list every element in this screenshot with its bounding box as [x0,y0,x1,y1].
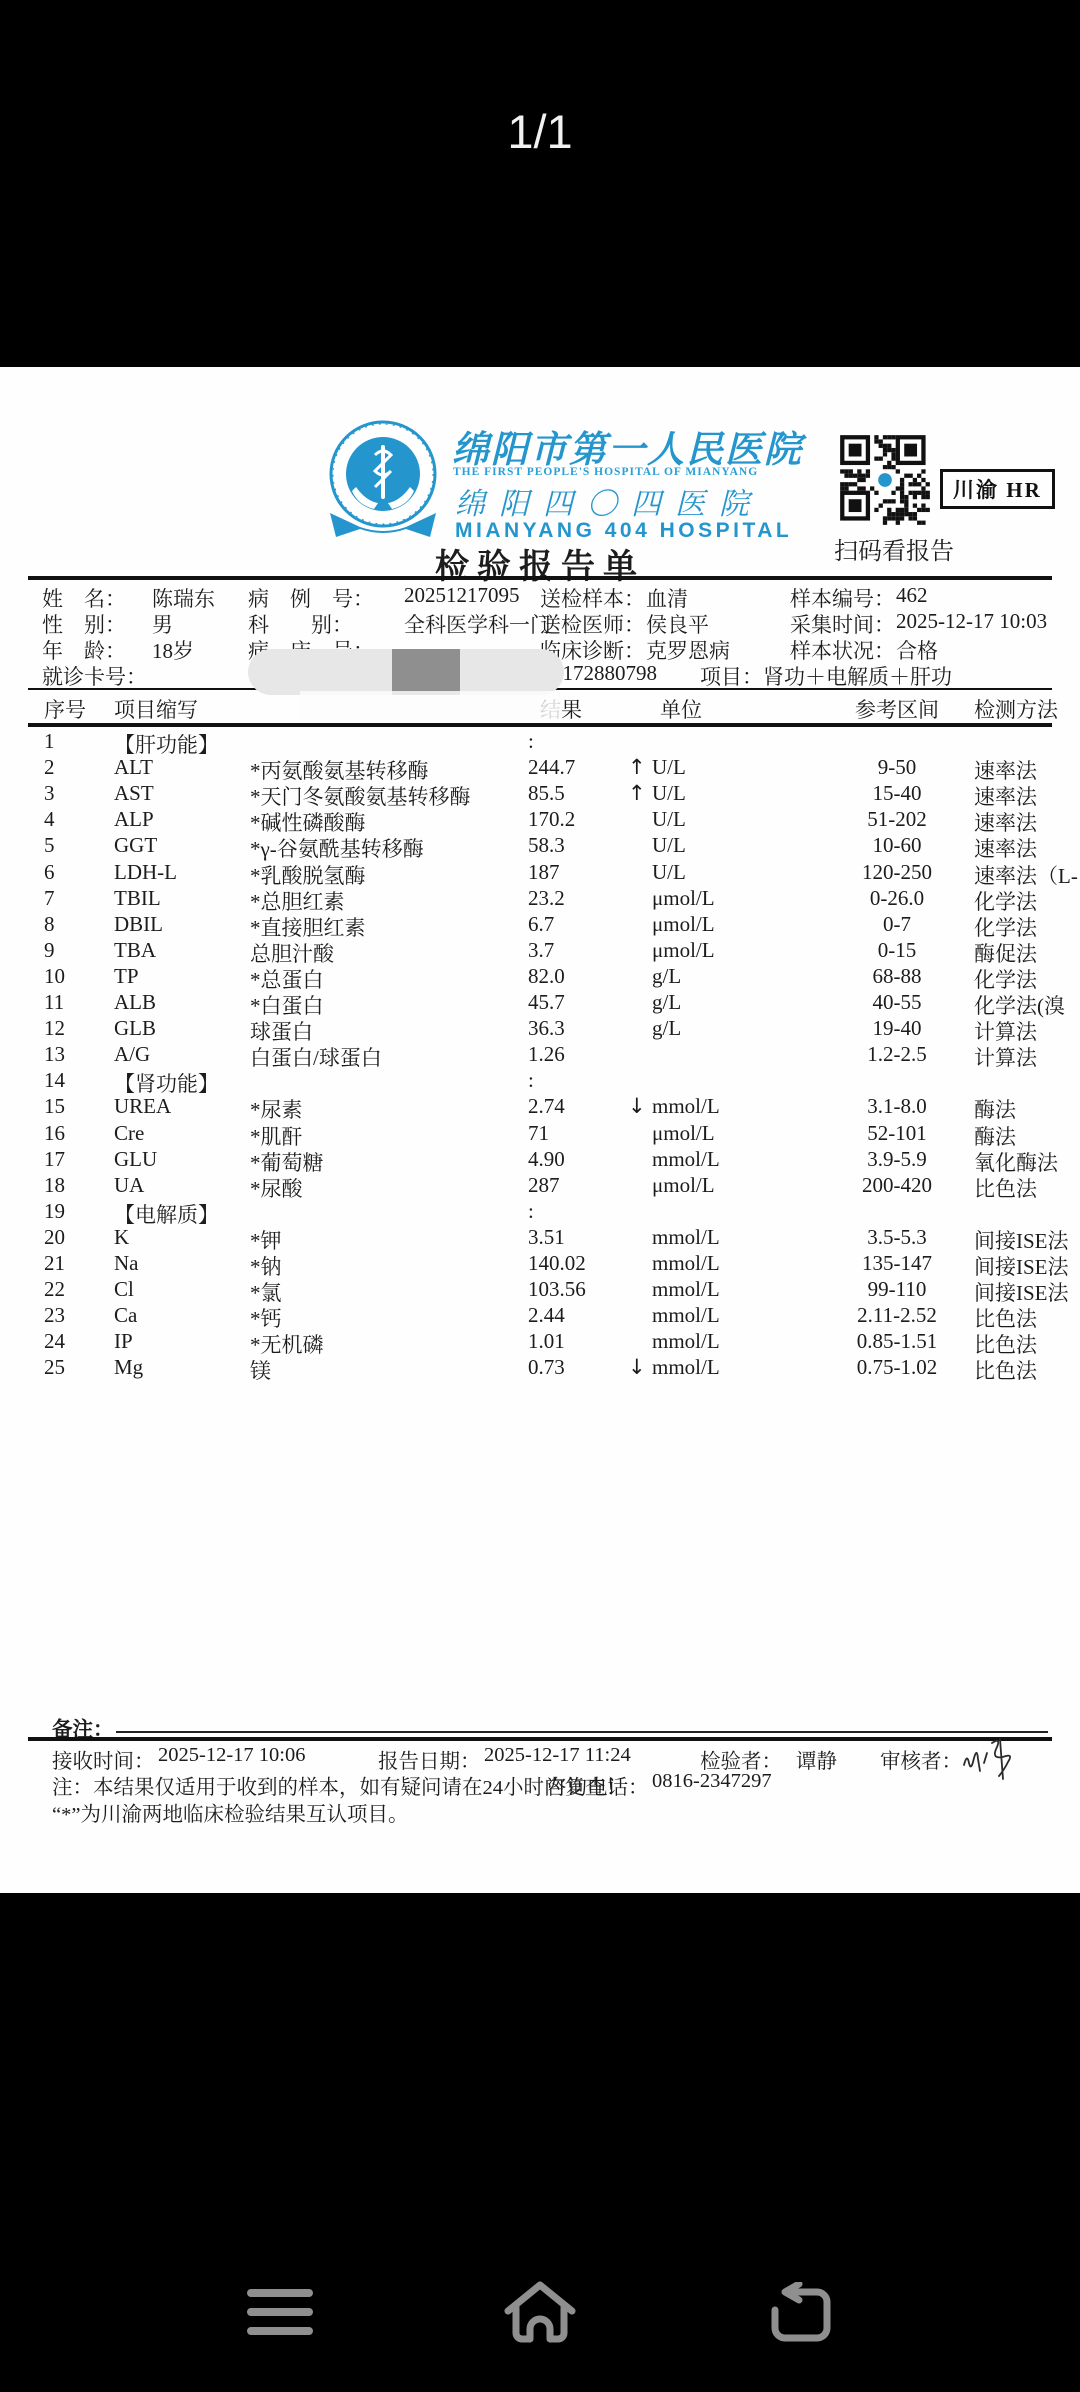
cell-abbr: TBIL [114,886,161,911]
table-row: 25Mg镁0.73↓mmol/L0.75-1.02比色法 [0,1355,1080,1381]
cell-unit: mmol/L [652,1225,720,1250]
cell-abbr: Cl [114,1277,134,1302]
card-no-redaction-dark [392,649,460,695]
cell-result: 4.90 [528,1147,565,1172]
cell-result: 82.0 [528,964,565,989]
cell-unit: U/L [652,755,686,780]
cell-seq: 18 [44,1173,65,1198]
report-qr-code [838,433,932,527]
title-divider [28,576,1052,580]
home-icon [502,2281,578,2343]
cell-range: 3.1-8.0 [832,1094,962,1119]
table-row: 4ALP*碱性磷酸酶170.2U/L51-202速率法 [0,807,1080,833]
page-indicator: 1/1 [0,104,1080,159]
reviewer-label: 审核者： [880,1744,962,1774]
cell-seq: 13 [44,1042,65,1067]
cell-unit: U/L [652,807,686,832]
cell-seq: 8 [44,912,55,937]
cell-range: 52-101 [832,1121,962,1146]
cell-range: 0-7 [832,912,962,937]
table-row: 7TBIL*总胆红素23.2μmol/L0-26.0化学法 [0,886,1080,912]
table-row: 8DBIL*直接胆红素6.7μmol/L0-7化学法 [0,912,1080,938]
cell-abbr: TBA [114,938,156,963]
cell-result: 1.26 [528,1042,565,1067]
cell-range: 68-88 [832,964,962,989]
cell-range: 0-26.0 [832,886,962,911]
cell-range: 0.85-1.51 [832,1329,962,1354]
cell-range: 10-60 [832,833,962,858]
cell-result: 2.74 [528,1094,565,1119]
cell-result: 58.3 [528,833,565,858]
cell-seq: 23 [44,1303,65,1328]
cell-unit: U/L [652,833,686,858]
table-row: 19【电解质】: [0,1199,1080,1225]
cell-seq: 17 [44,1147,65,1172]
cell-seq: 12 [44,1016,65,1041]
cell-seq: 24 [44,1329,65,1354]
cell-result: 23.2 [528,886,565,911]
cell-abbr: GLU [114,1147,157,1172]
cell-unit: mmol/L [652,1094,720,1119]
hospital-alt-name-cn: 绵阳四〇四医院 [455,479,763,523]
cell-range: 0-15 [832,938,962,963]
cell-seq: 22 [44,1277,65,1302]
report-date: 2025-12-17 11:24 [484,1744,631,1767]
nav-menu-button[interactable] [180,2232,380,2392]
lab-report-page: 绵阳市第一人民医院 THE FIRST PEOPLE'S HOSPITAL OF… [0,367,1080,1893]
cell-seq: 3 [44,781,55,806]
project: 肾功＋电解质＋肝功 [763,661,952,691]
header-body-divider [28,723,1052,727]
cell-flag: ↓ [628,1355,646,1379]
cell-seq: 7 [44,886,55,911]
table-row: 22Cl*氯103.56mmol/L99-110间接ISE法 [0,1277,1080,1303]
cell-result: 2.44 [528,1303,565,1328]
cell-result: 85.5 [528,781,565,806]
report-title: 检验报告单 [0,539,1080,588]
cell-unit: g/L [652,1016,681,1041]
cell-abbr: K [114,1225,129,1250]
cell-result: 3.51 [528,1225,565,1250]
cell-flag: ↑ [628,781,646,805]
cell-result: 6.7 [528,912,554,937]
cell-seq: 15 [44,1094,65,1119]
cell-range: 135-147 [832,1251,962,1276]
hospital-name-en: THE FIRST PEOPLE'S HOSPITAL OF MIANYANG [453,466,758,478]
table-row: 14【肾功能】: [0,1068,1080,1094]
cell-seq: 9 [44,938,55,963]
cell-unit: μmol/L [652,886,715,911]
cell-abbr: ALB [114,990,156,1015]
cell-abbr: Na [114,1251,139,1276]
cell-result: 170.2 [528,807,575,832]
table-row: 13A/G白蛋白/球蛋白1.261.2-2.5计算法 [0,1042,1080,1068]
cell-range: 3.5-5.3 [832,1225,962,1250]
cell-unit: mmol/L [652,1251,720,1276]
table-row: 3AST*天门冬氨酸氨基转移酶85.5↑U/L15-40速率法 [0,781,1080,807]
android-nav-bar [0,2232,1080,2392]
table-row: 1【肝功能】: [0,729,1080,755]
nav-back-button[interactable] [700,2232,900,2392]
table-row: 15UREA*尿素2.74↓mmol/L3.1-8.0酶法 [0,1094,1080,1120]
cell-range: 99-110 [832,1277,962,1302]
cell-unit: mmol/L [652,1277,720,1302]
table-row: 10TP*总蛋白82.0g/L68-88化学法 [0,964,1080,990]
cell-result: 3.7 [528,938,554,963]
cell-range: 51-202 [832,807,962,832]
cell-seq: 2 [44,755,55,780]
sample-no: 462 [896,583,928,608]
cell-seq: 20 [44,1225,65,1250]
cell-name: 镁 [250,1355,271,1385]
cell-flag: ↑ [628,755,646,779]
cell-result: : [528,1199,534,1224]
table-row: 2ALT*丙氨酸氨基转移酶244.7↑U/L9-50速率法 [0,755,1080,781]
mutual-recognition-note: “*”为川渝两地临床检验结果互认项目。 [52,1797,408,1827]
cell-result: 0.73 [528,1355,565,1380]
cell-unit: μmol/L [652,1121,715,1146]
cell-seq: 25 [44,1355,65,1380]
cell-unit: g/L [652,964,681,989]
cell-seq: 5 [44,833,55,858]
cell-result: : [528,729,534,754]
hospital-name-cn: 绵阳市第一人民医院 [452,419,803,473]
table-row: 6LDH-L*乳酸脱氢酶187U/L120-250速率法（L- [0,860,1080,886]
footer-divider [28,1737,1052,1741]
chuanyu-hr-badge: 川渝 HR [940,469,1055,509]
cell-abbr: IP [114,1329,133,1354]
cell-unit: mmol/L [652,1355,720,1380]
cell-unit: mmol/L [652,1303,720,1328]
cell-seq: 1 [44,729,55,754]
table-row: 11ALB*白蛋白45.7g/L40-55化学法(溴 [0,990,1080,1016]
cell-result: 36.3 [528,1016,565,1041]
cell-range: 0.75-1.02 [832,1355,962,1380]
cell-seq: 4 [44,807,55,832]
cell-seq: 14 [44,1068,65,1093]
cell-result: : [528,1068,534,1093]
remark-underline [116,1731,1048,1733]
cell-unit: μmol/L [652,1173,715,1198]
case-no: 20251217095 [404,583,520,608]
cell-seq: 16 [44,1121,65,1146]
table-row: 9TBA总胆汁酸3.7μmol/L0-15酶促法 [0,938,1080,964]
cell-range: 200-420 [832,1173,962,1198]
cell-abbr: ALT [114,755,153,780]
header-blur-wash [300,691,562,719]
cell-abbr: AST [114,781,154,806]
table-row: 24IP*无机磷1.01mmol/L0.85-1.51比色法 [0,1329,1080,1355]
table-row: 5GGT*γ-谷氨酰基转移酶58.3U/L10-60速率法 [0,833,1080,859]
cell-result: 140.02 [528,1251,586,1276]
cell-range: 1.2-2.5 [832,1042,962,1067]
cell-abbr: UA [114,1173,144,1198]
cell-result: 45.7 [528,990,565,1015]
cell-abbr: UREA [114,1094,171,1119]
cell-abbr: Ca [114,1303,137,1328]
cell-abbr: GLB [114,1016,156,1041]
project-label: 项目： [700,661,763,691]
table-row: 17GLU*葡萄糖4.90mmol/L3.9-5.9氧化酶法 [0,1147,1080,1173]
cell-range: 40-55 [832,990,962,1015]
cell-abbr: TP [114,964,139,989]
cell-result: 1.01 [528,1329,565,1354]
cell-abbr: DBIL [114,912,163,937]
cell-seq: 21 [44,1251,65,1276]
cell-unit: mmol/L [652,1147,720,1172]
cell-range: 2.11-2.52 [832,1303,962,1328]
phone-number: 0816-2347297 [652,1770,772,1793]
nav-home-button[interactable] [440,2232,640,2392]
cell-range: 3.9-5.9 [832,1147,962,1172]
cell-abbr: GGT [114,833,157,858]
received-time: 2025-12-17 10:06 [158,1744,305,1767]
card-no-label: 就诊卡号： [42,661,147,691]
reviewer-signature [962,1735,1018,1787]
cell-unit: μmol/L [652,912,715,937]
cell-seq: 6 [44,860,55,885]
age: 18岁 [152,635,194,665]
cell-result: 71 [528,1121,549,1146]
table-row: 18UA*尿酸287μmol/L200-420比色法 [0,1173,1080,1199]
cell-unit: U/L [652,781,686,806]
table-row: 12GLB球蛋白36.3g/L19-40计算法 [0,1016,1080,1042]
examiner: 谭静 [796,1744,837,1774]
collect-time: 2025-12-17 10:03 [896,609,1047,634]
phone-label: 咨询电话： [546,1770,649,1800]
cell-range: 15-40 [832,781,962,806]
cell-seq: 11 [44,990,64,1015]
cell-unit: g/L [652,990,681,1015]
cell-abbr: A/G [114,1042,150,1067]
cell-method: 比色法 [974,1355,1037,1385]
table-row: 21Na*钠140.02mmol/L135-147间接ISE法 [0,1251,1080,1277]
cell-range: 120-250 [832,860,962,885]
cell-range: 9-50 [832,755,962,780]
phone-screen: 1/1 绵阳市第一人民医院 THE FIRST PEOPLE'S HOSPITA… [0,0,1080,2392]
cell-range: 19-40 [832,1016,962,1041]
dept: 全科医学科一门 [404,609,551,639]
cell-abbr: Cre [114,1121,144,1146]
cell-unit: U/L [652,860,686,885]
cell-result: 287 [528,1173,560,1198]
table-row: 23Ca*钙2.44mmol/L2.11-2.52比色法 [0,1303,1080,1329]
result-note: 注：本结果仅适用于收到的样本，如有疑问请在24小时内复查！ [52,1770,626,1800]
cell-result: 244.7 [528,755,575,780]
cell-unit: μmol/L [652,938,715,963]
menu-icon [247,2287,313,2337]
cell-seq: 10 [44,964,65,989]
cell-abbr: Mg [114,1355,143,1380]
cell-result: 103.56 [528,1277,586,1302]
hospital-logo-icon [318,417,448,549]
table-row: 16Cre*肌酐71μmol/L52-101酶法 [0,1121,1080,1147]
back-icon [765,2282,835,2342]
cell-unit: mmol/L [652,1329,720,1354]
cell-seq: 19 [44,1199,65,1224]
cell-abbr: ALP [114,807,154,832]
cell-abbr: LDH-L [114,860,177,885]
cell-flag: ↓ [628,1094,646,1118]
cell-result: 187 [528,860,560,885]
table-row: 20K*钾3.51mmol/L3.5-5.3间接ISE法 [0,1225,1080,1251]
